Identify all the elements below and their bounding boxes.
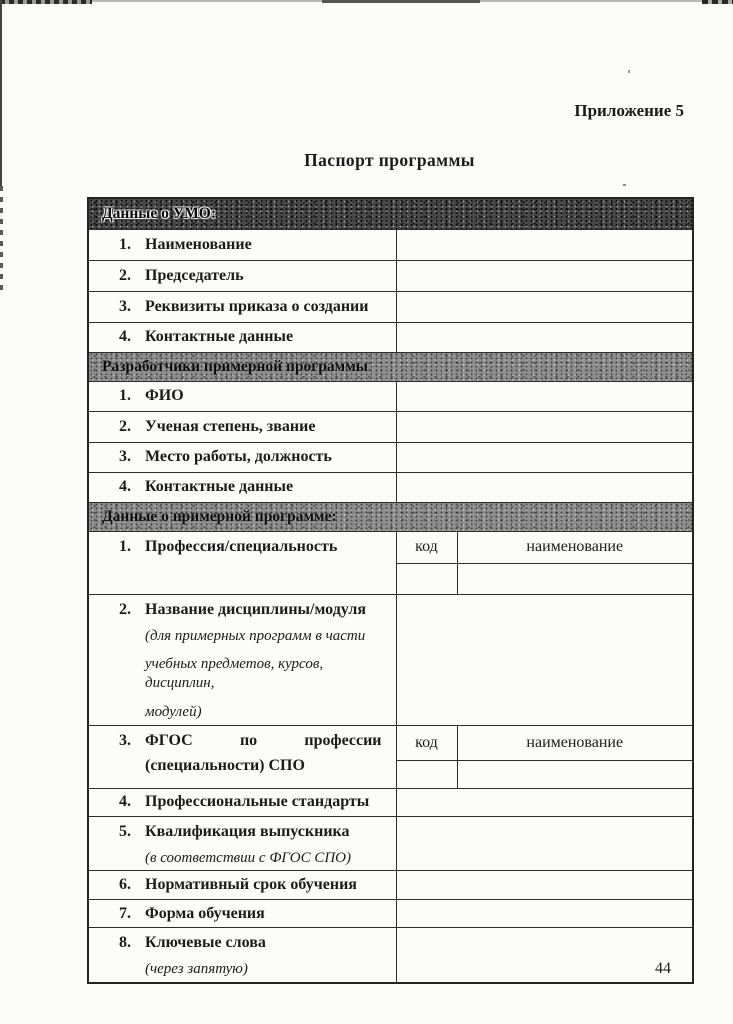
- scan-artifact-speck: [623, 184, 626, 186]
- name-cell-empty: [457, 760, 693, 788]
- row-label-normativny-srok: 6. Нормативный срок обучения: [88, 871, 396, 900]
- row-number: 1.: [119, 538, 145, 556]
- row-label-text: Место работы, должность: [145, 448, 384, 466]
- page-number: 44: [655, 960, 671, 978]
- row-label-text: Профессиональные стандарты: [145, 793, 384, 811]
- row-label-uchenaya-stepen: 2. Ученая степень, звание: [88, 411, 396, 442]
- row-label-line2: (специальности) СПО: [145, 757, 384, 775]
- row-label-text: Ученая степень, звание: [145, 418, 384, 436]
- row-label-fio: 1. ФИО: [88, 381, 396, 411]
- code-cell-empty: [396, 760, 457, 788]
- value-cell-empty: [396, 871, 693, 900]
- scan-artifact-top-dash: [0, 0, 92, 4]
- row-number: 3.: [119, 448, 145, 466]
- value-cell-empty: [396, 442, 693, 472]
- row-label-kvalifikaciya: 5. Квалификация выпускника (в соответств…: [88, 816, 396, 871]
- row-label-text: Наименование: [145, 236, 384, 254]
- row-number: 1.: [119, 387, 145, 405]
- value-cell-empty: [396, 291, 693, 322]
- column-header-code: код: [396, 531, 457, 563]
- row-label-profstandarty: 4. Профессиональные стандарты: [88, 788, 396, 816]
- value-cell-empty: [396, 322, 693, 352]
- appendix-label: Приложение 5: [574, 101, 684, 121]
- row-label-text: Ключевые слова: [145, 934, 384, 952]
- row-number: 4.: [119, 793, 145, 811]
- scan-artifact-speck: [628, 70, 630, 73]
- value-cell-empty: [396, 594, 693, 725]
- row-label-note: (через запятую): [145, 960, 384, 979]
- row-label-forma-obucheniya: 7. Форма обучения: [88, 900, 396, 928]
- value-cell-empty: [396, 229, 693, 260]
- scan-artifact-top-dash: [702, 0, 733, 4]
- row-label-kontaktnye-dannye-umo: 4. Контактные данные: [88, 322, 396, 352]
- row-label-text: Реквизиты приказа о создании: [145, 298, 384, 316]
- row-label-professiya: 1. Профессия/специальность: [88, 531, 396, 594]
- row-label-mesto-raboty: 3. Место работы, должность: [88, 442, 396, 472]
- row-label-fgos: 3. ФГОС по профессии (специальности) СПО: [88, 725, 396, 788]
- row-number: 6.: [119, 876, 145, 894]
- row-label-justified-line: ФГОС по профессии: [145, 732, 384, 750]
- row-label-note: учебных предметов, курсов, дисциплин,: [145, 655, 384, 693]
- row-number: 3.: [119, 732, 145, 750]
- scan-artifact-top-dash: [322, 0, 480, 3]
- section-header-program-data: Данные о примерной программе:: [88, 502, 693, 531]
- row-number: 7.: [119, 905, 145, 923]
- passport-table: Данные о УМО: 1. Наименование 2. Председ…: [87, 197, 694, 984]
- row-label-text: Председатель: [145, 267, 384, 285]
- row-label-text: Контактные данные: [145, 328, 384, 346]
- value-cell-empty: [396, 381, 693, 411]
- row-label-note: модулей): [145, 703, 384, 722]
- scanned-document-page: Приложение 5 Паспорт программы Данные о …: [0, 0, 733, 1024]
- row-label-text: ФИО: [145, 387, 384, 405]
- section-header-developers: Разработчики примерной программы: [88, 352, 693, 381]
- row-number: 3.: [119, 298, 145, 316]
- row-label-note: (в соответствии с ФГОС СПО): [145, 849, 384, 868]
- scan-artifact-left-dashes: [0, 186, 3, 290]
- row-label-word: по: [240, 732, 257, 750]
- value-cell-empty: [396, 411, 693, 442]
- section-header-umo-data: Данные о УМО:: [88, 198, 693, 229]
- row-number: 2.: [119, 267, 145, 285]
- row-label-text: Квалификация выпускника: [145, 823, 384, 841]
- value-cell-empty: [396, 788, 693, 816]
- value-cell-empty: [396, 260, 693, 291]
- scan-artifact-left-line: [0, 0, 2, 186]
- row-label-note: (для примерных программ в части: [145, 627, 384, 646]
- row-number: 5.: [119, 823, 145, 841]
- name-cell-empty: [457, 563, 693, 594]
- row-label-predsedatel: 2. Председатель: [88, 260, 396, 291]
- code-cell-empty: [396, 563, 457, 594]
- row-label-word: ФГОС: [145, 732, 193, 750]
- row-label-text: Нормативный срок обучения: [145, 876, 384, 894]
- value-cell-empty: [396, 900, 693, 928]
- column-header-name: наименование: [457, 725, 693, 760]
- row-number: 2.: [119, 418, 145, 436]
- row-label-nazvanie-discipliny: 2. Название дисциплины/модуля (для приме…: [88, 594, 396, 725]
- row-label-kontaktnye-dannye-dev: 4. Контактные данные: [88, 472, 396, 502]
- row-label-rekvizity-prikaza: 3. Реквизиты приказа о создании: [88, 291, 396, 322]
- value-cell-empty: [396, 472, 693, 502]
- row-label-text: Форма обучения: [145, 905, 384, 923]
- value-cell-empty: [396, 816, 693, 871]
- row-label-naimenovanie: 1. Наименование: [88, 229, 396, 260]
- value-cell-empty: [396, 928, 693, 983]
- row-number: 1.: [119, 236, 145, 254]
- column-header-code: код: [396, 725, 457, 760]
- row-label-klyuchevye-slova: 8. Ключевые слова (через запятую): [88, 928, 396, 983]
- row-label-word: профессии: [304, 732, 381, 750]
- row-label-text: Контактные данные: [145, 478, 384, 496]
- row-number: 2.: [119, 601, 145, 619]
- row-number: 8.: [119, 934, 145, 952]
- column-header-name: наименование: [457, 531, 693, 563]
- page-title: Паспорт программы: [87, 150, 692, 171]
- row-number: 4.: [119, 478, 145, 496]
- row-label-text: Профессия/специальность: [145, 538, 384, 556]
- row-number: 4.: [119, 328, 145, 346]
- row-label-text: Название дисциплины/модуля: [145, 601, 384, 619]
